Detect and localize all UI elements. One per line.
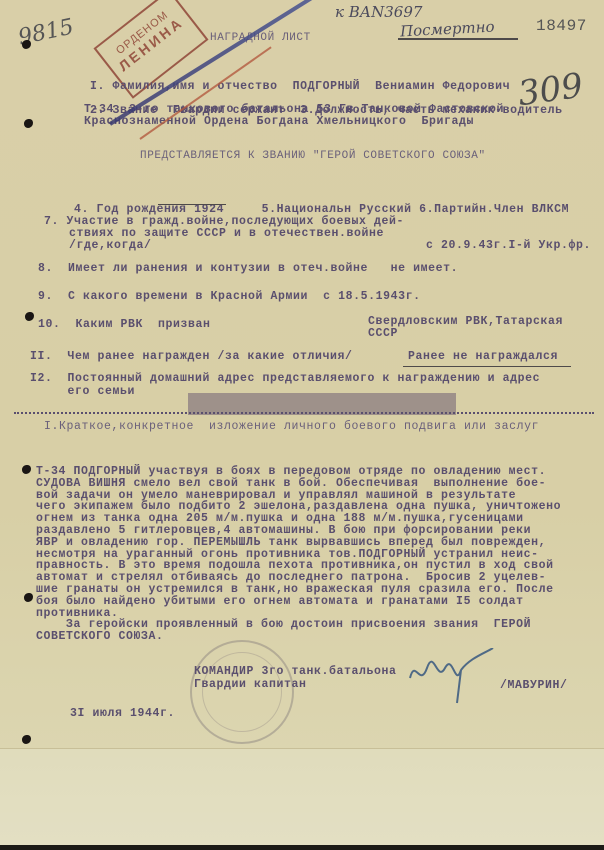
item-7-line-3: /где,когда/ [69,239,152,252]
item-11-underline [403,366,571,367]
item-11-value: Ранее не награждался [408,350,558,363]
item-12-line-1: I2. Постоянный домашний адрес представля… [30,372,540,385]
birth-year-underline [158,204,226,205]
lower-blank-paper [0,748,604,845]
archive-number: 18497 [536,20,587,33]
punch-hole [22,465,31,474]
item-11-label: II. Чем ранее награжден /за какие отличи… [30,350,353,363]
handwritten-reference: к ВАN3697 [335,3,422,21]
item-2-continuation-2: Краснознаменной Ордена Богдана Хмельницк… [84,115,474,128]
punch-hole [22,735,31,744]
punch-hole [25,312,34,321]
posthumous-underline [398,38,518,40]
item-7-value: с 20.9.43г.I-й Укр.фр. [426,239,591,252]
document-title: НАГРАДНОЙ ЛИСТ [210,32,311,45]
signature [395,648,495,708]
round-seal-stamp [190,640,294,744]
punch-hole [24,119,33,128]
narrative-line: СОВЕТСКОГО СОЮЗА. [36,630,164,643]
commander-name: /МАВУРИН/ [500,679,568,692]
commander-rank: Гвардии капитан [194,678,307,691]
item-9: 9. С какого времени в Красной Армии с 18… [38,290,421,303]
item-12-line-2: его семьи [30,385,135,398]
section-heading: I.Краткое,конкретное изложение личного б… [44,420,539,433]
document-date: 3I июля 1944г. [70,707,175,720]
punch-hole [24,593,33,602]
nomination-heading: ПРЕДСТАВЛЯЕТСЯ К ЗВАНИЮ "ГЕРОЙ СОВЕТСКОГ… [140,150,486,163]
scan-edge-shadow [190,845,604,850]
item-8: 8. Имеет ли ранения и контузии в отеч.во… [38,262,458,275]
commander-title: КОМАНДИР 3го танк.батальона [194,665,397,678]
dotted-divider [14,412,594,417]
item-10-label: 10. Каким РВК призван [38,318,211,331]
award-sheet-page: ОРДЕНОМ ЛЕНИНА 9815 к ВАN3697 Посмертно … [0,0,604,845]
item-10-value-2: СССР [368,327,398,340]
